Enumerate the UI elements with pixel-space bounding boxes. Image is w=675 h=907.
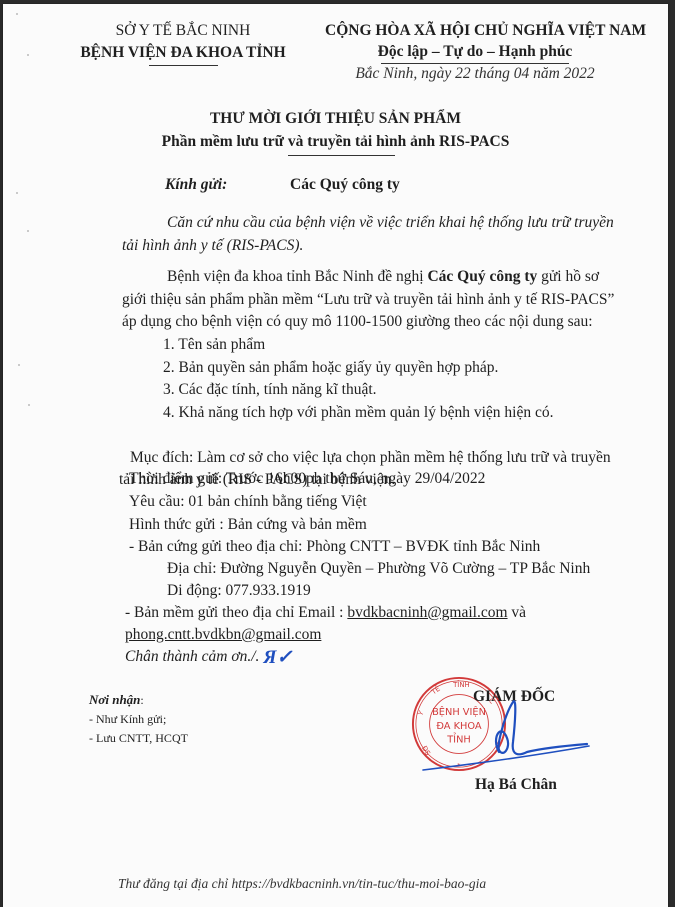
hardcopy-line: - Bản cứng gửi theo địa chỉ: Phòng CNTT … xyxy=(129,536,540,559)
softcopy-and: và xyxy=(508,604,527,621)
basis-paragraph: Căn cứ nhu cầu của bệnh viện về việc tri… xyxy=(122,212,622,257)
date-line: Bắc Ninh, ngày 22 tháng 04 năm 2022 xyxy=(325,64,625,84)
scan-speck xyxy=(28,404,30,406)
softcopy-line: - Bản mềm gửi theo địa chỉ Email : bvdkb… xyxy=(125,602,526,625)
svg-text:TỈNH: TỈNH xyxy=(452,680,470,689)
scan-speck xyxy=(16,13,18,15)
list-item: 2. Bản quyền sản phẩm hoặc giấy ủy quyền… xyxy=(163,357,553,380)
scan-speck xyxy=(27,54,29,56)
requirement-line: Yêu cầu: 01 bản chính bằng tiếng Việt xyxy=(129,491,367,514)
footer-note: Thư đăng tại địa chỉ https://bvdkbacninh… xyxy=(118,876,486,892)
request-recipient: Các Quý công ty xyxy=(427,268,537,285)
greeting-recipient: Các Quý công ty xyxy=(290,176,400,194)
document-page: SỞ Y TẾ BẮC NINH BỆNH VIỆN ĐA KHOA TỈNH … xyxy=(3,4,668,907)
recipient-item: - Lưu CNTT, HCQT xyxy=(89,729,188,748)
list-item: 3. Các đặc tính, tính năng kĩ thuật. xyxy=(163,379,553,402)
national-header: CỘNG HÒA XÃ HỘI CHỦ NGHĨA VIỆT NAM Độc l… xyxy=(325,20,625,84)
title-sub: Phần mềm lưu trữ và truyền tải hình ảnh … xyxy=(3,131,668,153)
email-link-2[interactable]: phong.cntt.bvdkbn@gmail.com xyxy=(125,626,321,643)
recipients-colon: : xyxy=(140,693,143,707)
initials-mark-icon: Я✓ xyxy=(263,647,292,670)
title-divider xyxy=(288,155,395,156)
email-link-1[interactable]: bvdkbacninh@gmail.com xyxy=(347,604,507,621)
address-line: Địa chỉ: Đường Nguyễn Quyền – Phường Võ … xyxy=(167,558,590,581)
mobile-line: Di động: 077.933.1919 xyxy=(167,580,311,603)
issuer-header: SỞ Y TẾ BẮC NINH BỆNH VIỆN ĐA KHOA TỈNH xyxy=(73,20,293,66)
softcopy-prefix: - Bản mềm gửi theo địa chỉ Email : xyxy=(125,604,347,621)
header-divider xyxy=(149,65,218,66)
title-main: THƯ MỜI GIỚI THIỆU SẢN PHẨM xyxy=(3,107,668,131)
scan-speck xyxy=(18,364,20,366)
closing-line: Chân thành cảm ơn./.Я✓ xyxy=(125,646,292,670)
national-title: CỘNG HÒA XÃ HỘI CHỦ NGHĨA VIỆT NAM xyxy=(325,20,625,42)
handwritten-signature-icon xyxy=(403,694,593,774)
list-item: 1. Tên sản phẩm xyxy=(163,334,553,357)
list-item: 4. Khả năng tích hợp với phần mềm quản l… xyxy=(163,402,553,425)
recipient-item: - Như Kính gửi; xyxy=(89,710,188,729)
format-line: Hình thức gửi : Bản cứng và bản mềm xyxy=(129,514,367,537)
request-paragraph: Bệnh viện đa khoa tỉnh Bắc Ninh đề nghị … xyxy=(122,266,622,334)
department-name: SỞ Y TẾ BẮC NINH xyxy=(73,20,293,42)
national-motto: Độc lập – Tự do – Hạnh phúc xyxy=(325,42,625,62)
closing-text: Chân thành cảm ơn./. xyxy=(125,648,259,665)
request-prefix: Bệnh viện đa khoa tỉnh Bắc Ninh đề nghị xyxy=(167,268,427,285)
greeting-label: Kính gửi: xyxy=(165,176,227,194)
email-line-2: phong.cntt.bvdkbn@gmail.com xyxy=(125,624,321,647)
deadline-line: Thời điểm gửi: Trước 16h00ph thứ Sáu, ng… xyxy=(129,468,485,491)
hospital-name: BỆNH VIỆN ĐA KHOA TỈNH xyxy=(73,42,293,64)
recipients-block: Nơi nhận: - Như Kính gửi; - Lưu CNTT, HC… xyxy=(89,690,188,748)
director-name: Hạ Bá Chân xyxy=(475,776,557,794)
scan-speck xyxy=(27,230,29,232)
requirements-list: 1. Tên sản phẩm 2. Bản quyền sản phẩm ho… xyxy=(163,334,553,424)
scan-speck xyxy=(16,192,18,194)
recipients-label: Nơi nhận xyxy=(89,692,140,707)
